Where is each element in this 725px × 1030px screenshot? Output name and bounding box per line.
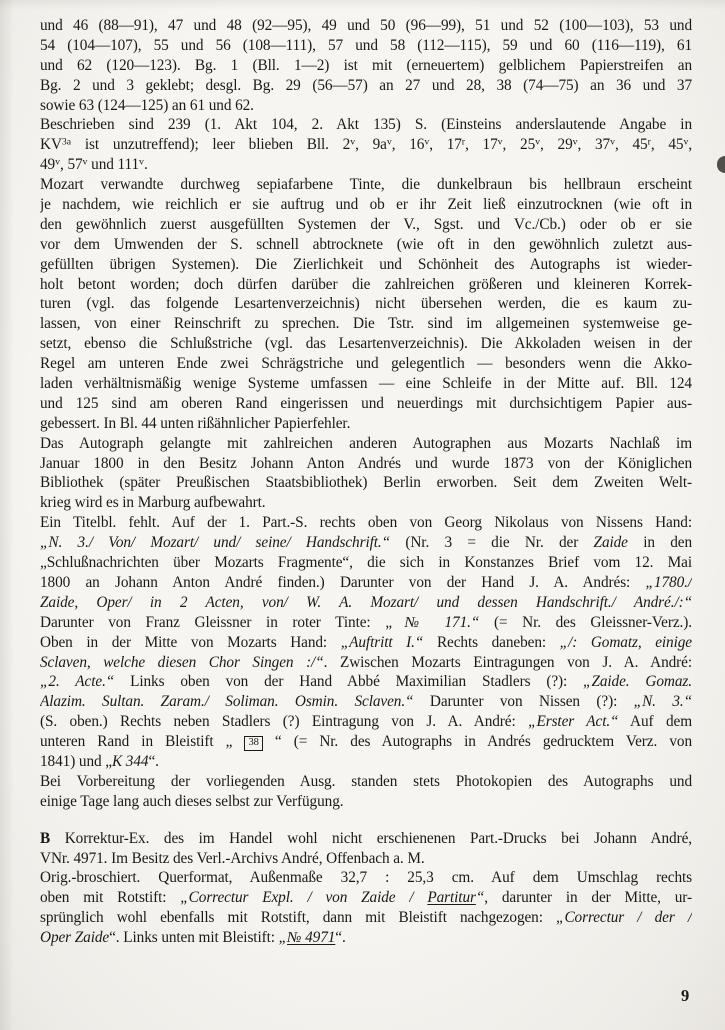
text-line: „2. Acte.“ Links oben von der Hand Abbé … xyxy=(40,672,692,692)
text-segment: vor dem Umwenden der S. schnell abtrockn… xyxy=(40,236,692,253)
text-line: Mozart verwandte durchweg sepiafarbene T… xyxy=(40,175,692,195)
paragraph: Das Autograph gelangte mit zahlreichen a… xyxy=(40,434,692,514)
text-segment: lassen, von einer Reinschrift zu spreche… xyxy=(40,315,692,332)
text-segment: . xyxy=(144,156,148,173)
text-line: sprünglich wohl ebenfalls mit Rotstift, … xyxy=(40,908,692,928)
text-segment: “ (= Nr. des Autographs in Andrés gedruc… xyxy=(263,733,692,750)
text-segment: und 46 (88—91), 47 und 48 (92—95), 49 un… xyxy=(40,17,692,34)
text-line: und 125 sind am oberen Rand eingerissen … xyxy=(40,394,692,414)
text-segment: je nachdem, wie reichlich er sie auftrug… xyxy=(40,196,692,213)
text-segment: (S. oben.) Rechts neben Stadlers (?) Ein… xyxy=(40,713,528,730)
text-line: Bg. 2 und 3 geklebt; desgl. Bg. 29 (56—5… xyxy=(40,76,692,96)
text-segment: „Correctur / der / xyxy=(556,909,692,926)
text-segment: und 111 xyxy=(87,156,139,173)
text-segment: , 29 xyxy=(540,136,573,153)
text-segment: setzt, ebenso die Schlußstriche (vgl. da… xyxy=(40,335,692,352)
text-segment: „N. 3./ Von/ Mozart/ und/ seine/ Handsch… xyxy=(40,534,390,551)
text-segment: „Auftritt I.“ xyxy=(341,634,424,651)
text-segment: unteren Rand in Bleistift „ xyxy=(40,733,244,750)
text-segment: Links oben von der Hand Abbé Maximilian … xyxy=(114,673,583,690)
text-line: Oben in der Mitte von Mozarts Hand: „Auf… xyxy=(40,633,692,653)
text-segment: , 45 xyxy=(651,136,684,153)
text-segment: , 25 xyxy=(503,136,536,153)
text-segment: , 16 xyxy=(392,136,425,153)
text-segment: gefüllten übrigen Systemen). Die Zierlic… xyxy=(40,256,692,273)
text-segment: 1841) und „ xyxy=(40,753,112,770)
text-segment: sprünglich wohl ebenfalls mit Rotstift, … xyxy=(40,909,556,926)
text-line: Darunter von Franz Gleissner in roter Ti… xyxy=(40,613,692,633)
text-segment: “ xyxy=(476,889,484,906)
text-segment: “. xyxy=(148,753,158,770)
text-segment: Zaide xyxy=(594,534,628,551)
text-segment: „Schlußnachrichten über Mozarts Fragment… xyxy=(40,554,692,571)
text-segment: , 45 xyxy=(615,136,648,153)
text-line: den gewöhnlich zuerst ausgefüllten Syste… xyxy=(40,215,692,235)
text-segment: „Erster Act.“ xyxy=(528,713,618,730)
text-line: setzt, ebenso die Schlußstriche (vgl. da… xyxy=(40,334,692,354)
paragraph: B Korrektur-Ex. des im Handel wohl nicht… xyxy=(40,829,692,869)
text-segment: den gewöhnlich zuerst ausgefüllten Syste… xyxy=(40,216,692,233)
text-segment: und 125 sind am oberen Rand eingerissen … xyxy=(40,395,692,412)
text-segment: , xyxy=(688,136,692,153)
text-line: je nachdem, wie reichlich er sie auftrug… xyxy=(40,195,692,215)
text-segment: einige Tage lang auch dieses selbst zur … xyxy=(40,793,343,810)
text-line: Sclaven, welche diesen Chor Singen :/“. … xyxy=(40,653,692,673)
text-segment: Regel am unteren Ende zwei Schrägstriche… xyxy=(40,355,692,372)
text-segment: “. xyxy=(335,929,345,946)
text-line: 1800 an Johann Anton André finden.) Daru… xyxy=(40,573,692,593)
text-segment: laden verhältnismäßig wenige Systeme umf… xyxy=(40,375,692,392)
text-segment: gebessert. In Bl. 44 unten rißähnlicher … xyxy=(40,415,350,432)
text-segment: Zaide, Oper/ in 2 Acten, von/ W. A. Moza… xyxy=(40,594,692,611)
text-segment: „ xyxy=(279,929,287,946)
text-line: Regel am unteren Ende zwei Schrägstriche… xyxy=(40,354,692,374)
text-segment: krieg wird es in Marburg aufbewahrt. xyxy=(40,494,266,511)
text-segment: 1800 an Johann Anton André finden.) Daru… xyxy=(40,574,646,591)
text-line: holt betont worden; doch dürfen darüber … xyxy=(40,275,692,295)
text-segment: und 62 (120—123). Bg. 1 (Bll. 1—2) ist m… xyxy=(40,57,692,74)
text-segment: , 17 xyxy=(465,136,498,153)
text-line: oben mit Rotstift: „Correctur Expl. / vo… xyxy=(40,888,692,908)
text-line: 1841) und „K 344“. xyxy=(40,752,692,772)
text-segment: 49 xyxy=(40,156,55,173)
text-segment: Bg. 2 und 3 geklebt; desgl. Bg. 29 (56—5… xyxy=(40,77,692,94)
text-line: Beschrieben sind 239 (1. Akt 104, 2. Akt… xyxy=(40,115,692,135)
text-line: unteren Rand in Bleistift „ 38 “ (= Nr. … xyxy=(40,732,692,752)
text-segment: „N. 3.“ xyxy=(634,693,692,710)
text-line: 54 (104—107), 55 und 56 (108—111), 57 un… xyxy=(40,36,692,56)
text-segment: Das Autograph gelangte mit zahlreichen a… xyxy=(40,435,692,452)
text-segment: Bei Vorbereitung der vorliegenden Ausg. … xyxy=(40,773,692,790)
text-segment: “. Links unten mit Bleistift: xyxy=(109,929,279,946)
text-line: Zaide, Oper/ in 2 Acten, von/ W. A. Moza… xyxy=(40,593,692,613)
text-segment: Rechts daneben: xyxy=(423,634,559,651)
text-segment: Orig.-broschiert. Querformat, Außenmaße … xyxy=(40,869,692,886)
text-line: Januar 1800 in den Besitz Johann Anton A… xyxy=(40,454,692,474)
text-line: lassen, von einer Reinschrift zu spreche… xyxy=(40,314,692,334)
text-segment: (= Nr. des Gleissner-Verz.). xyxy=(479,614,692,631)
paragraph: und 46 (88—91), 47 und 48 (92—95), 49 un… xyxy=(40,16,692,115)
text-segment: „/: Gomatz, einige xyxy=(560,634,692,651)
text-line: (S. oben.) Rechts neben Stadlers (?) Ein… xyxy=(40,712,692,732)
text-line: Alazim. Sultan. Zaram./ Soliman. Osmin. … xyxy=(40,692,692,712)
paragraph: Mozart verwandte durchweg sepiafarbene T… xyxy=(40,175,692,434)
text-segment: Darunter von Franz Gleissner in roter Ti… xyxy=(40,614,385,631)
text-segment: Ein Titelbl. fehlt. Auf der 1. Part.-S. … xyxy=(40,514,692,531)
text-line: B Korrektur-Ex. des im Handel wohl nicht… xyxy=(40,829,692,849)
text-line: gebessert. In Bl. 44 unten rißähnlicher … xyxy=(40,414,692,434)
text-line: turen (vgl. das folgende Lesartenverzeic… xyxy=(40,294,692,314)
text-line: Ein Titelbl. fehlt. Auf der 1. Part.-S. … xyxy=(40,513,692,533)
text-segment: „Correctur Expl. / von Zaide / xyxy=(180,889,427,906)
text-line: 49v, 57v und 111v. xyxy=(40,155,692,175)
text-segment: Sclaven, welche diesen Chor Singen :/“ xyxy=(40,654,324,671)
text-line: Bei Vorbereitung der vorliegenden Ausg. … xyxy=(40,772,692,792)
text-segment: Darunter von Nissen (?): xyxy=(413,693,633,710)
text-line: krieg wird es in Marburg aufbewahrt. xyxy=(40,493,692,513)
text-segment: № 4971 xyxy=(287,929,335,946)
text-segment: „Zaide. Gomaz. xyxy=(583,673,692,690)
text-line: Oper Zaide“. Links unten mit Bleistift: … xyxy=(40,928,692,948)
paragraph: Beschrieben sind 239 (1. Akt 104, 2. Akt… xyxy=(40,115,692,175)
text-segment: „1780./ xyxy=(646,574,692,591)
text-segment: 3a xyxy=(62,137,71,148)
text-segment: turen (vgl. das folgende Lesartenverzeic… xyxy=(40,295,692,312)
text-line: einige Tage lang auch dieses selbst zur … xyxy=(40,792,692,812)
text-segment: „№ 171.“ xyxy=(385,614,479,631)
text-segment: Mozart verwandte durchweg sepiafarbene T… xyxy=(40,176,692,193)
text-segment: VNr. 4971. Im Besitz des Verl.-Archivs A… xyxy=(40,850,425,867)
text-line: und 46 (88—91), 47 und 48 (92—95), 49 un… xyxy=(40,16,692,36)
text-segment: „2. Acte.“ xyxy=(40,673,114,690)
text-line: gefüllten übrigen Systemen). Die Zierlic… xyxy=(40,255,692,275)
text-line: „Schlußnachrichten über Mozarts Fragment… xyxy=(40,553,692,573)
paragraph: Ein Titelbl. fehlt. Auf der 1. Part.-S. … xyxy=(40,513,692,772)
text-segment: , darunter in der Mitte, ur- xyxy=(484,889,692,906)
text-segment: in den xyxy=(628,534,692,551)
scan-edge-shadow-left xyxy=(0,0,14,1030)
text-segment: Beschrieben sind 239 (1. Akt 104, 2. Akt… xyxy=(40,116,692,133)
text-line: sowie 63 (124—125) an 61 und 62. xyxy=(40,96,692,116)
text-segment: Oper Zaide xyxy=(40,929,109,946)
text-line: laden verhältnismäßig wenige Systeme umf… xyxy=(40,374,692,394)
document-body: und 46 (88—91), 47 und 48 (92—95), 49 un… xyxy=(40,16,692,948)
text-line: Das Autograph gelangte mit zahlreichen a… xyxy=(40,434,692,454)
text-segment: , 57 xyxy=(60,156,83,173)
text-segment: KV xyxy=(40,136,62,153)
text-segment: (Nr. 3 = die Nr. der xyxy=(390,534,593,551)
text-segment: , 37 xyxy=(578,136,611,153)
text-line: vor dem Umwenden der S. schnell abtrockn… xyxy=(40,235,692,255)
scan-artifact-blot xyxy=(717,156,725,173)
text-segment: . Zwischen Mozarts Eintragungen von J. A… xyxy=(324,654,692,671)
boxed-number: 38 xyxy=(244,736,262,751)
text-segment: Korrektur-Ex. des im Handel wohl nicht e… xyxy=(50,830,692,847)
text-segment: , 17 xyxy=(429,136,462,153)
text-line: VNr. 4971. Im Besitz des Verl.-Archivs A… xyxy=(40,849,692,869)
text-line: Orig.-broschiert. Querformat, Außenmaße … xyxy=(40,868,692,888)
text-segment: holt betont worden; doch dürfen darüber … xyxy=(40,276,692,293)
text-segment: B xyxy=(40,830,50,847)
text-segment: ist unzutreffend); leer blieben Bll. 2 xyxy=(71,136,350,153)
text-segment: Auf dem xyxy=(618,713,692,730)
text-segment: Oben in der Mitte von Mozarts Hand: xyxy=(40,634,341,651)
text-line: KV3a ist unzutreffend); leer blieben Bll… xyxy=(40,135,692,155)
page-number: 9 xyxy=(681,986,689,1006)
text-segment: 54 (104—107), 55 und 56 (108—111), 57 un… xyxy=(40,37,692,54)
paragraph: Bei Vorbereitung der vorliegenden Ausg. … xyxy=(40,772,692,812)
text-segment: oben mit Rotstift: xyxy=(40,889,180,906)
text-line: und 62 (120—123). Bg. 1 (Bll. 1—2) ist m… xyxy=(40,56,692,76)
text-segment: Januar 1800 in den Besitz Johann Anton A… xyxy=(40,455,692,472)
text-segment: Partitur xyxy=(427,889,476,906)
paragraph: Orig.-broschiert. Querformat, Außenmaße … xyxy=(40,868,692,948)
text-segment: K 344 xyxy=(112,753,148,770)
text-segment: Alazim. Sultan. Zaram./ Soliman. Osmin. … xyxy=(40,693,413,710)
text-segment: , 9a xyxy=(355,136,387,153)
scan-edge-shadow-top xyxy=(0,0,725,10)
text-line: „N. 3./ Von/ Mozart/ und/ seine/ Handsch… xyxy=(40,533,692,553)
text-line: Bibliothek (später Preußischen Staatsbib… xyxy=(40,473,692,493)
text-segment: sowie 63 (124—125) an 61 und 62. xyxy=(40,97,254,114)
scanned-page: und 46 (88—91), 47 und 48 (92—95), 49 un… xyxy=(0,0,725,1030)
text-segment: Bibliothek (später Preußischen Staatsbib… xyxy=(40,474,692,491)
